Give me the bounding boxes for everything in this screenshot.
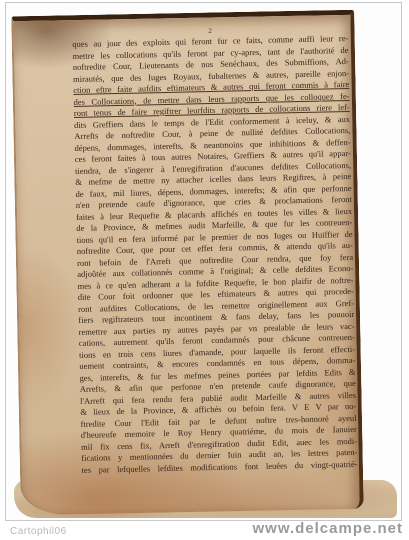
watermark-row: Cartophil06 www.delcampe.net <box>0 520 409 540</box>
document-text: 2 ques au jour des exploits qui feront f… <box>72 23 358 476</box>
watermark-site: www.delcampe.net <box>253 520 403 537</box>
text-lines: ques au jour des exploits qui feront fur… <box>72 33 357 476</box>
watermark-seller: Cartophil06 <box>10 526 67 537</box>
listing-photo-frame: 2 ques au jour des exploits qui feront f… <box>5 2 402 521</box>
